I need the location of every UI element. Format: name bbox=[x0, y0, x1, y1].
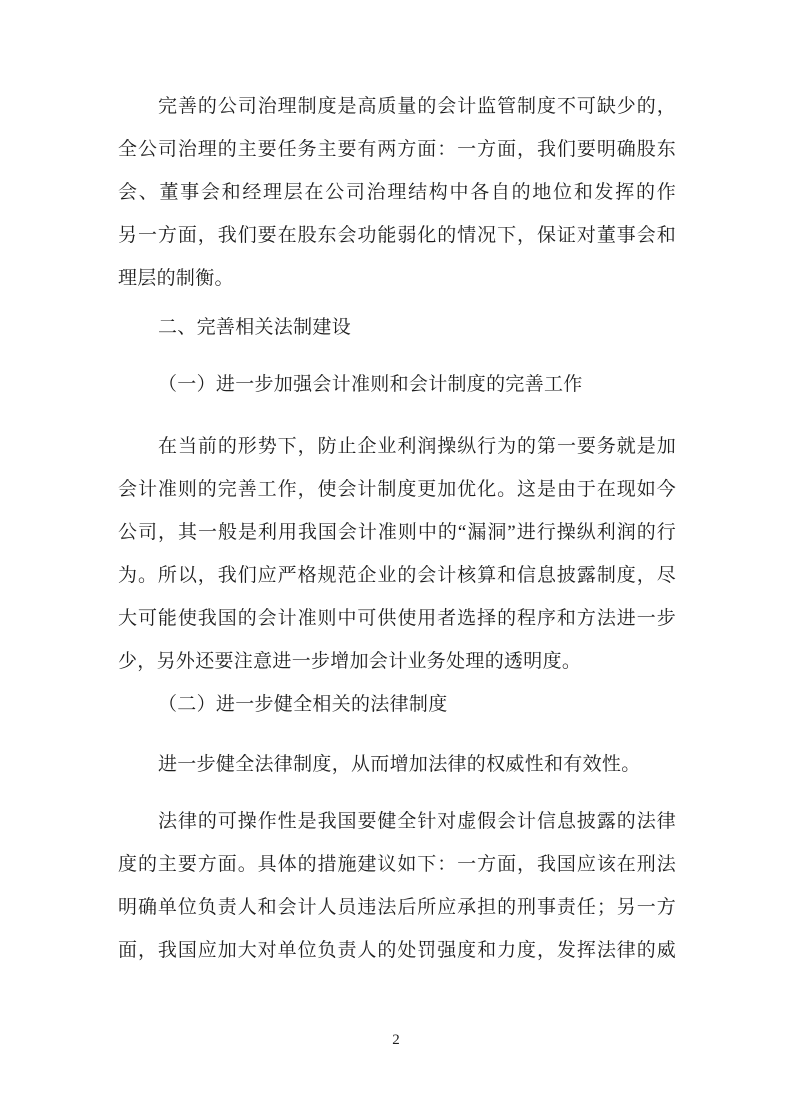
heading-section-two: 二、完善相关法制建设 bbox=[118, 306, 676, 349]
heading-subsection-two: （二）进一步健全相关的法律制度 bbox=[118, 683, 676, 726]
text-line: 法律的可操作性是我国要健全针对虚假会计信息披露的法律制 bbox=[118, 800, 676, 843]
text-line: 大可能使我国的会计准则中可供使用者选择的程序和方法进一步减 bbox=[118, 597, 676, 640]
text-line: 完善的公司治理制度是高质量的会计监管制度不可缺少的，健 bbox=[118, 85, 676, 128]
text-line: （一）进一步加强会计准则和会计制度的完善工作 bbox=[118, 363, 676, 406]
text-line: 面，我国应加大对单位负责人的处罚强度和力度，发挥法律的威慑 bbox=[118, 929, 676, 972]
text-line: 理层的制衡。 bbox=[118, 257, 676, 300]
document-page: 完善的公司治理制度是高质量的会计监管制度不可缺少的，健全公司治理的主要任务主要有… bbox=[0, 0, 792, 1120]
paragraph-legal-system-intro: 进一步健全法律制度，从而增加法律的权威性和有效性。 bbox=[118, 743, 676, 786]
text-line: 少，另外还要注意进一步增加会计业务处理的透明度。 bbox=[118, 640, 676, 683]
text-line: 会计准则的完善工作，使会计制度更加优化。这是由于在现如今的 bbox=[118, 468, 676, 511]
text-line: 全公司治理的主要任务主要有两方面：一方面，我们要明确股东 bbox=[118, 128, 676, 171]
paragraph-corporate-governance: 完善的公司治理制度是高质量的会计监管制度不可缺少的，健全公司治理的主要任务主要有… bbox=[118, 85, 676, 300]
page-number: 2 bbox=[0, 1030, 792, 1050]
text-line: 会、董事会和经理层在公司治理结构中各自的地位和发挥的作用； bbox=[118, 171, 676, 214]
paragraph-accounting-standards: 在当前的形势下，防止企业利润操纵行为的第一要务就是加强会计准则的完善工作，使会计… bbox=[118, 425, 676, 683]
text-line: 在当前的形势下，防止企业利润操纵行为的第一要务就是加强 bbox=[118, 425, 676, 468]
text-line: 度的主要方面。具体的措施建议如下：一方面，我国应该在刑法中 bbox=[118, 843, 676, 886]
heading-subsection-one: （一）进一步加强会计准则和会计制度的完善工作 bbox=[118, 363, 676, 406]
text-line: 另一方面，我们要在股东会功能弱化的情况下，保证对董事会和经 bbox=[118, 214, 676, 257]
text-line: 为。所以，我们应严格规范企业的会计核算和信息披露制度，尽最 bbox=[118, 554, 676, 597]
text-line: 公司，其一般是利用我国会计准则中的“漏洞”进行操纵利润的行 bbox=[118, 511, 676, 554]
paragraph-legal-operability: 法律的可操作性是我国要健全针对虚假会计信息披露的法律制度的主要方面。具体的措施建… bbox=[118, 800, 676, 972]
text-line: 明确单位负责人和会计人员违法后所应承担的刑事责任；另一方 bbox=[118, 886, 676, 929]
text-line: 二、完善相关法制建设 bbox=[118, 306, 676, 349]
text-line: （二）进一步健全相关的法律制度 bbox=[118, 683, 676, 726]
text-line: 进一步健全法律制度，从而增加法律的权威性和有效性。 bbox=[118, 743, 676, 786]
